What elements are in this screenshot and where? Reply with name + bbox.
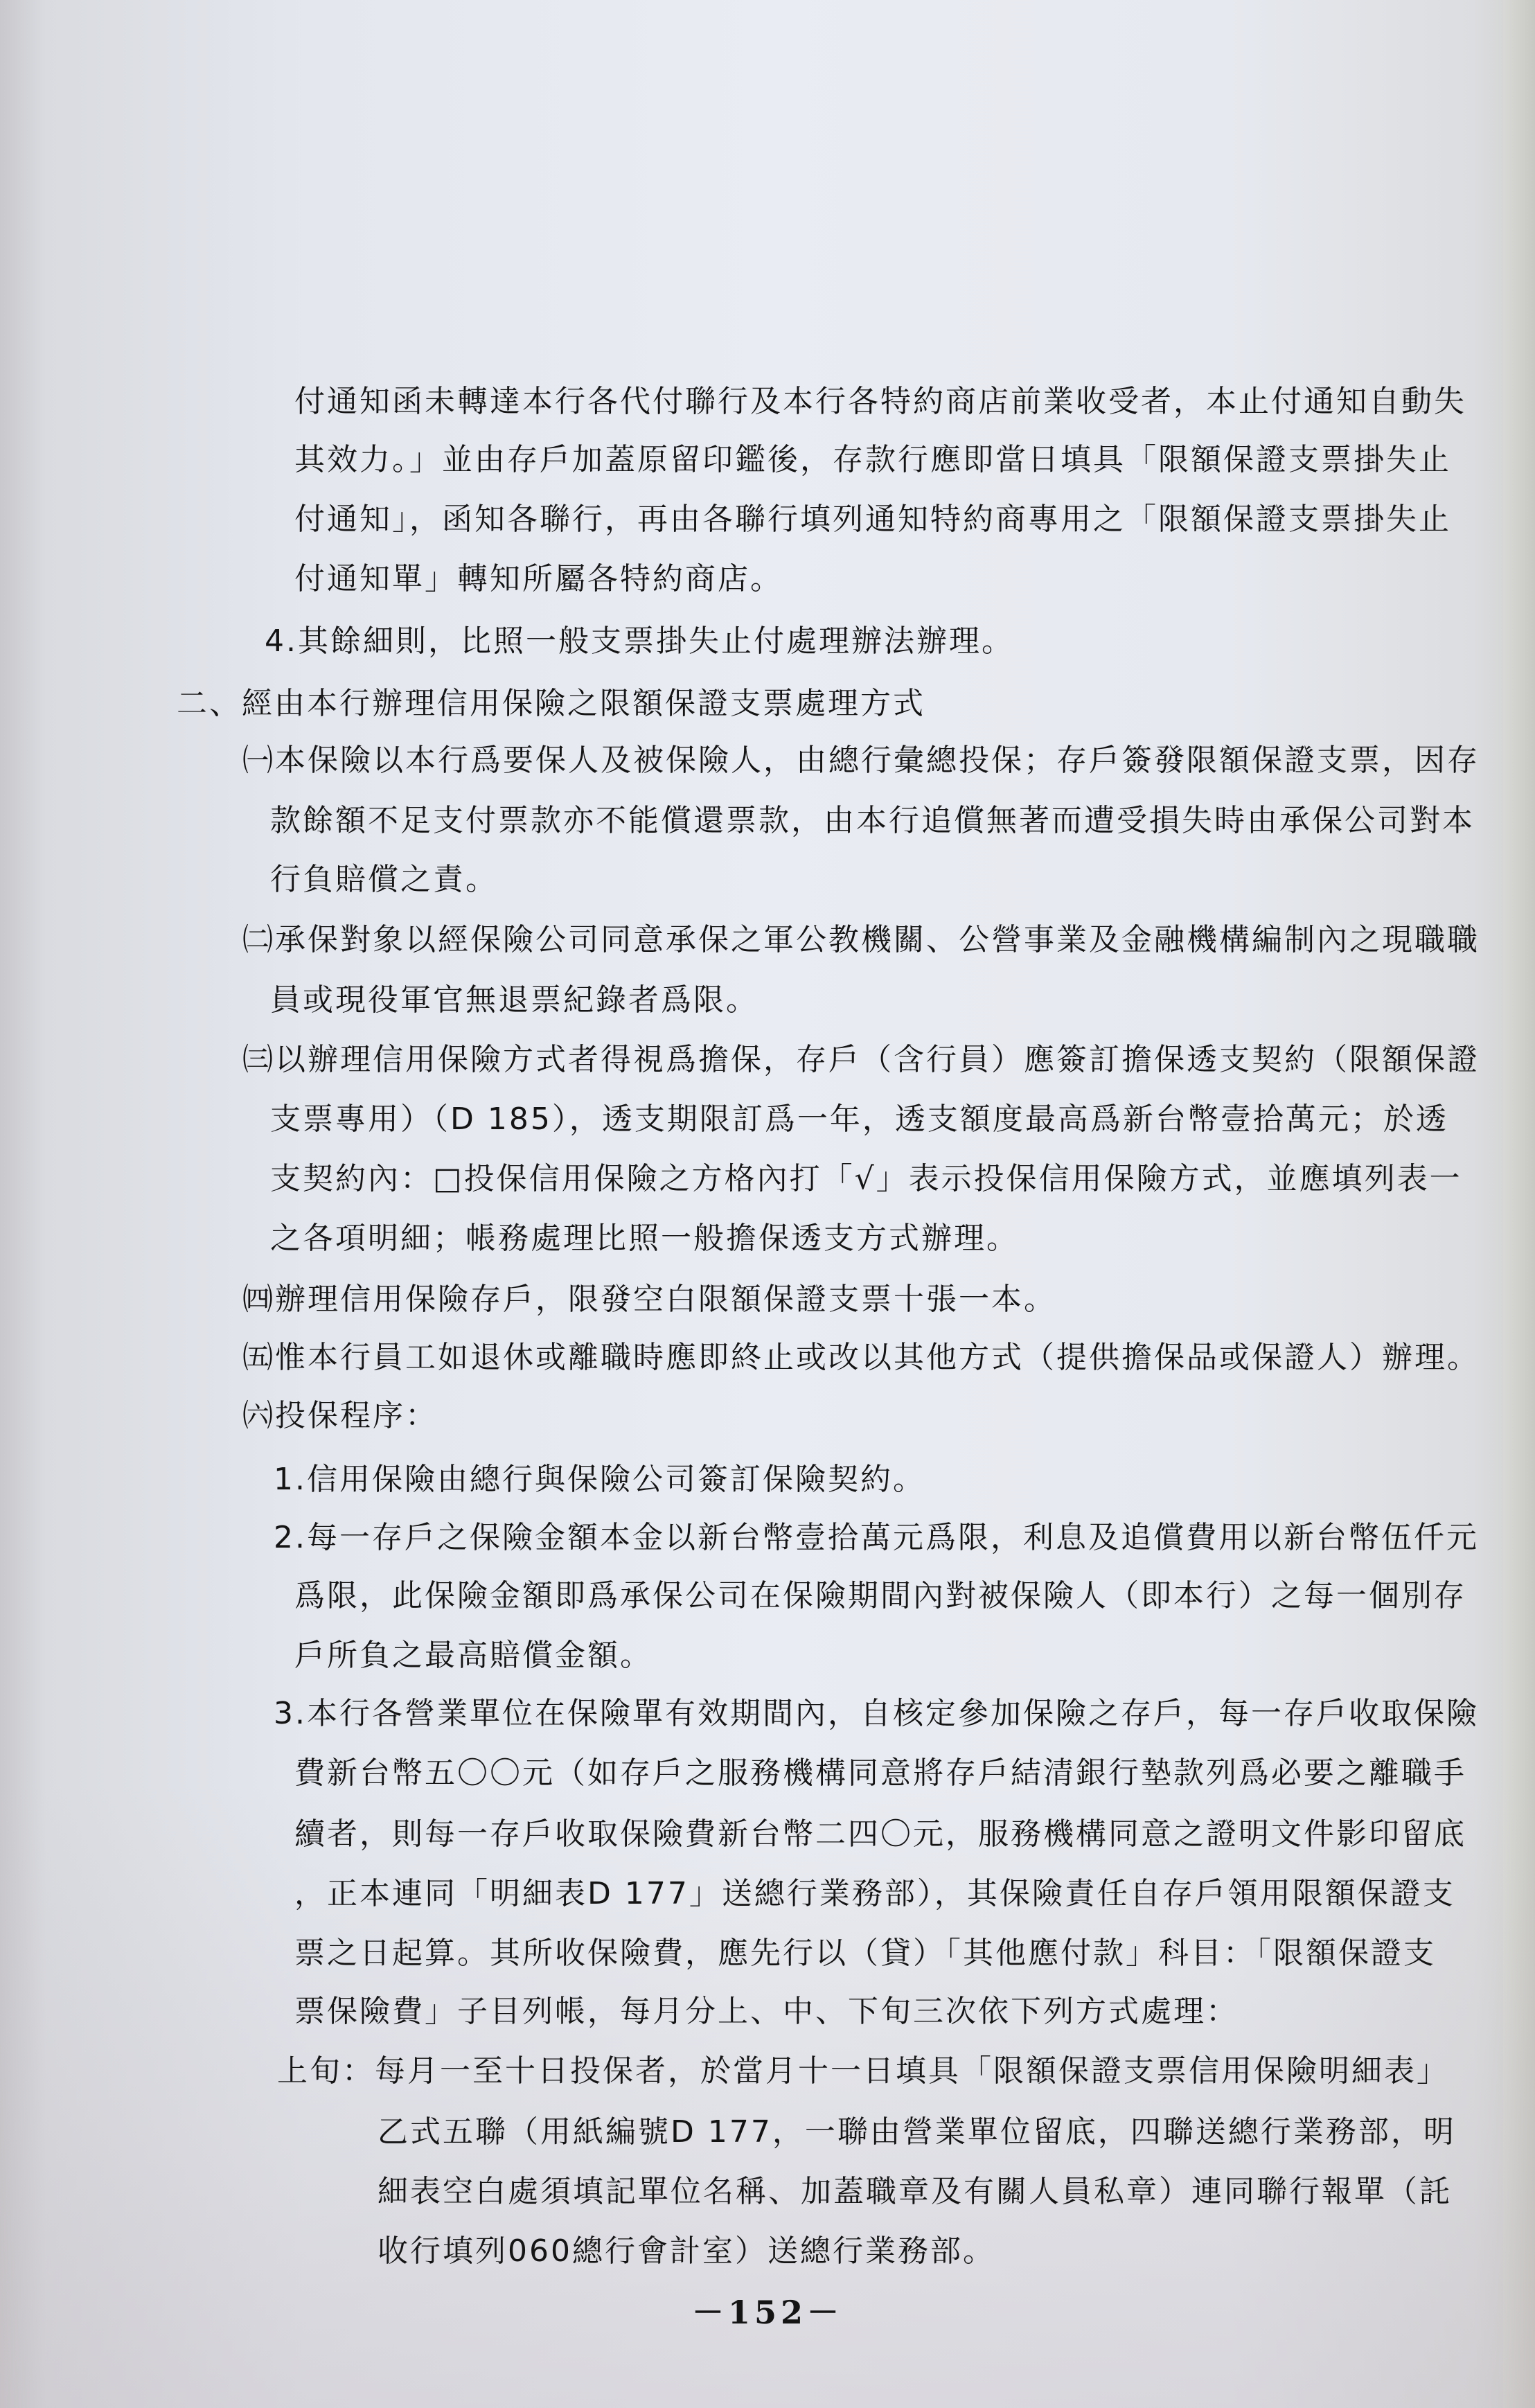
page-number: －152－ <box>0 2287 1535 2333</box>
text-line: 乙式五聯（用紙編號D 177，一聯由營業單位留底，四聯送總行業務部，明 <box>378 2113 1456 2152</box>
text-line: 1.信用保險由總行與保險公司簽訂保險契約。 <box>274 1460 925 1499</box>
text-line: 收行填列060總行會計室）送總行業務部。 <box>378 2232 995 2271</box>
text-line: ㈤惟本行員工如退休或離職時應即終止或改以其他方式（提供擔保品或保證人）辦理。 <box>242 1338 1480 1377</box>
page-edge-shadow <box>1503 0 1535 2408</box>
text-line: ㈣辦理信用保險存戶，限發空白限額保證支票十張一本。 <box>242 1280 1056 1319</box>
text-line: 續者，則每一存戶收取保險費新台幣二四〇元，服務機構同意之證明文件影印留底 <box>294 1815 1466 1854</box>
text-line: 付通知函未轉達本行各代付聯行及本行各特約商店前業收受者，本止付通知自動失 <box>294 382 1466 421</box>
text-line: 爲限，此保險金額即爲承保公司在保險期間內對被保險人（即本行）之每一個別存 <box>294 1577 1466 1615</box>
text-line: ㈥投保程序： <box>242 1397 438 1435</box>
text-line: 行負賠償之責。 <box>270 860 498 899</box>
text-line: 2.每一存戶之保險金額本金以新台幣壹拾萬元爲限，利息及追償費用以新台幣伍仟元 <box>274 1519 1479 1557</box>
text-line: 票之日起算。其所收保險費，應先行以（貸）「其他應付款」科目：「限額保證支 <box>294 1934 1436 1973</box>
text-line: 二、經由本行辦理信用保險之限額保證支票處理方式 <box>177 684 925 723</box>
text-line: 付通知」，函知各聯行，再由各聯行填列通知特約商專用之「限額保證支票掛失止 <box>294 500 1451 539</box>
text-line: 款餘額不足支付票款亦不能償還票款，由本行追償無著而遭受損失時由承保公司對本 <box>270 802 1475 840</box>
text-line: 費新台幣五〇〇元（如存戶之服務機構同意將存戶結清銀行墊款列爲必要之離職手 <box>294 1754 1466 1793</box>
text-line: ㈡承保對象以經保險公司同意承保之軍公教機關、公營事業及金融機構編制內之現職職 <box>242 921 1480 959</box>
text-line: 員或現役軍官無退票紀錄者爲限。 <box>270 981 758 1020</box>
text-line: 細表空白處須填記單位名稱、加蓋職章及有關人員私章）連同聯行報單（託 <box>378 2172 1452 2211</box>
text-line: 支票專用）（D 185），透支期限訂爲一年，透支額度最高爲新台幣壹拾萬元；於透 <box>270 1100 1448 1139</box>
text-line: 票保險費」子目列帳，每月分上、中、下旬三次依下列方式處理： <box>294 1992 1239 2031</box>
text-line: 3.本行各營業單位在保險單有效期間內，自核定參加保險之存戶，每一存戶收取保險 <box>274 1694 1479 1733</box>
text-line: 戶所負之最高賠償金額。 <box>294 1636 653 1675</box>
text-line: 支契約內：□投保信用保險之方格內打「√」表示投保信用保險方式，並應填列表一 <box>270 1160 1462 1198</box>
text-line: ㈠本保險以本行爲要保人及被保險人，由總行彙總投保；存戶簽發限額保證支票，因存 <box>242 741 1480 780</box>
text-line: 4.其餘細則，比照一般支票掛失止付處理辦法辦理。 <box>265 622 1014 661</box>
text-line: 之各項明細；帳務處理比照一般擔保透支方式辦理。 <box>270 1219 1019 1258</box>
text-line: 其效力。」並由存戶加蓋原留印鑑後，存款行應即當日填具「限額保證支票掛失止 <box>294 441 1451 479</box>
text-line: 上旬：每月一至十日投保者，於當月十一日填具「限額保證支票信用保險明細表」 <box>277 2052 1449 2091</box>
text-line: ，正本連同「明細表D 177」送總行業務部），其保險責任自存戶領用限額保證支 <box>294 1875 1455 1913</box>
text-line: 付通知單」轉知所屬各特約商店。 <box>294 560 783 599</box>
text-line: ㈢以辦理信用保險方式者得視爲擔保，存戶（含行員）應簽訂擔保透支契約（限額保證 <box>242 1041 1480 1079</box>
